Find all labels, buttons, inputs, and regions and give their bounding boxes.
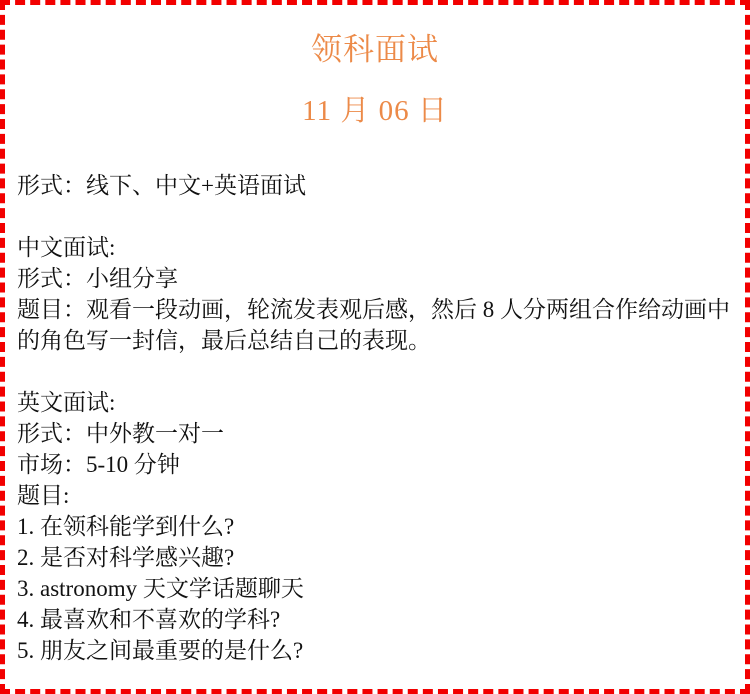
- question-item-2: 2. 是否对科学感兴趣?: [17, 542, 733, 573]
- chinese-format-line: 形式：小组分享: [17, 263, 733, 294]
- overall-format-line: 形式：线下、中文+英语面试: [17, 170, 733, 201]
- english-duration-line: 市场：5-10 分钟: [17, 449, 733, 480]
- english-format-line: 形式：中外教一对一: [17, 418, 733, 449]
- chinese-topic-paragraph: 题目：观看一段动画，轮流发表观后感，然后 8 人分两组合作给动画中的角色写一封信…: [17, 294, 733, 356]
- english-interview-heading: 英文面试:: [17, 387, 733, 418]
- english-topics-heading: 题目:: [17, 480, 733, 511]
- blank-line: [17, 356, 733, 387]
- question-item-3: 3. astronomy 天文学话题聊天: [17, 573, 733, 604]
- chinese-interview-heading: 中文面试:: [17, 232, 733, 263]
- question-item-4: 4. 最喜欢和不喜欢的学科?: [17, 604, 733, 635]
- interview-notes-document: 领科面试 11 月 06 日 形式：线下、中文+英语面试 中文面试: 形式：小组…: [0, 0, 750, 694]
- question-item-5: 5. 朋友之间最重要的是什么?: [17, 635, 733, 666]
- question-item-1: 1. 在领科能学到什么?: [17, 511, 733, 542]
- date-heading: 11 月 06 日: [17, 94, 733, 128]
- blank-line: [17, 201, 733, 232]
- page-title: 领科面试: [17, 31, 733, 69]
- notes-content: 形式：线下、中文+英语面试 中文面试: 形式：小组分享 题目：观看一段动画，轮流…: [17, 170, 733, 666]
